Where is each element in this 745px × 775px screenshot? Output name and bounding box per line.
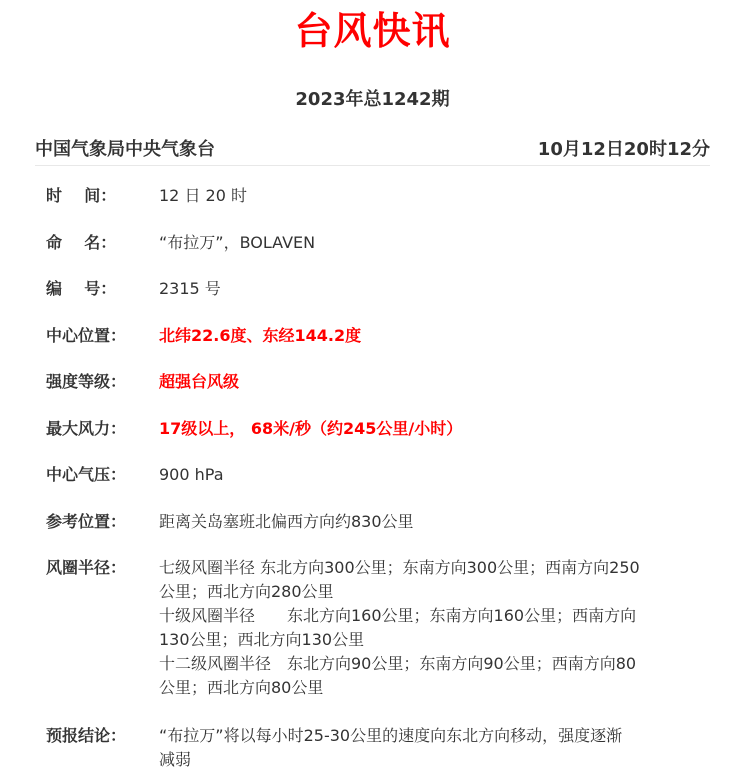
field-value: 900 hPa	[159, 463, 704, 487]
forecast-line: “布拉万”将以每小时25-30公里的速度向东北方向移动，强度逐渐	[159, 724, 704, 748]
forecast-line: 减弱	[159, 748, 704, 772]
wind-radius-line: 十级风圈半径 东北方向160公里；东南方向160公里；西南方向	[159, 604, 704, 628]
field-label: 预报结论：	[46, 724, 146, 748]
wind-radius-line: 公里；西北方向80公里	[159, 676, 704, 700]
field-value: 17级以上， 68米/秒（约245公里/小时）	[159, 417, 704, 441]
field-value: 距离关岛塞班北偏西方向约830公里	[159, 510, 704, 534]
divider	[35, 165, 710, 166]
wind-radius-line: 130公里；西北方向130公里	[159, 628, 704, 652]
field-value: 七级风圈半径 东北方向300公里；东南方向300公里；西南方向250 公里；西北…	[159, 556, 704, 700]
page-title: 台风快讯	[0, 6, 745, 56]
field-value: “布拉万”，BOLAVEN	[159, 231, 704, 255]
field-label: 风圈半径：	[46, 556, 146, 580]
field-label: 编 号：	[46, 277, 146, 301]
agency-name: 中国气象局中央气象台	[35, 135, 215, 161]
field-label: 中心气压：	[46, 463, 146, 487]
field-value: 超强台风级	[159, 370, 704, 394]
field-label: 强度等级：	[46, 370, 146, 394]
field-value: 2315 号	[159, 277, 704, 301]
field-label: 中心位置：	[46, 324, 146, 348]
field-value: “布拉万”将以每小时25-30公里的速度向东北方向移动，强度逐渐 减弱	[159, 724, 704, 772]
field-label: 参考位置：	[46, 510, 146, 534]
wind-radius-line: 七级风圈半径 东北方向300公里；东南方向300公里；西南方向250	[159, 556, 704, 580]
field-value: 北纬22.6度、东经144.2度	[159, 324, 704, 348]
wind-radius-line: 公里；西北方向280公里	[159, 580, 704, 604]
field-value: 12 日 20 时	[159, 184, 704, 208]
wind-radius-line: 十二级风圈半径 东北方向90公里；东南方向90公里；西南方向80	[159, 652, 704, 676]
field-label: 命 名：	[46, 231, 146, 255]
field-label: 最大风力：	[46, 417, 146, 441]
issue-number: 2023年总1242期	[0, 86, 745, 114]
bulletin-header: 中国气象局中央气象台 10月12日20时12分	[35, 134, 710, 162]
field-label: 时 间：	[46, 184, 146, 208]
issue-datetime: 10月12日20时12分	[538, 135, 710, 161]
